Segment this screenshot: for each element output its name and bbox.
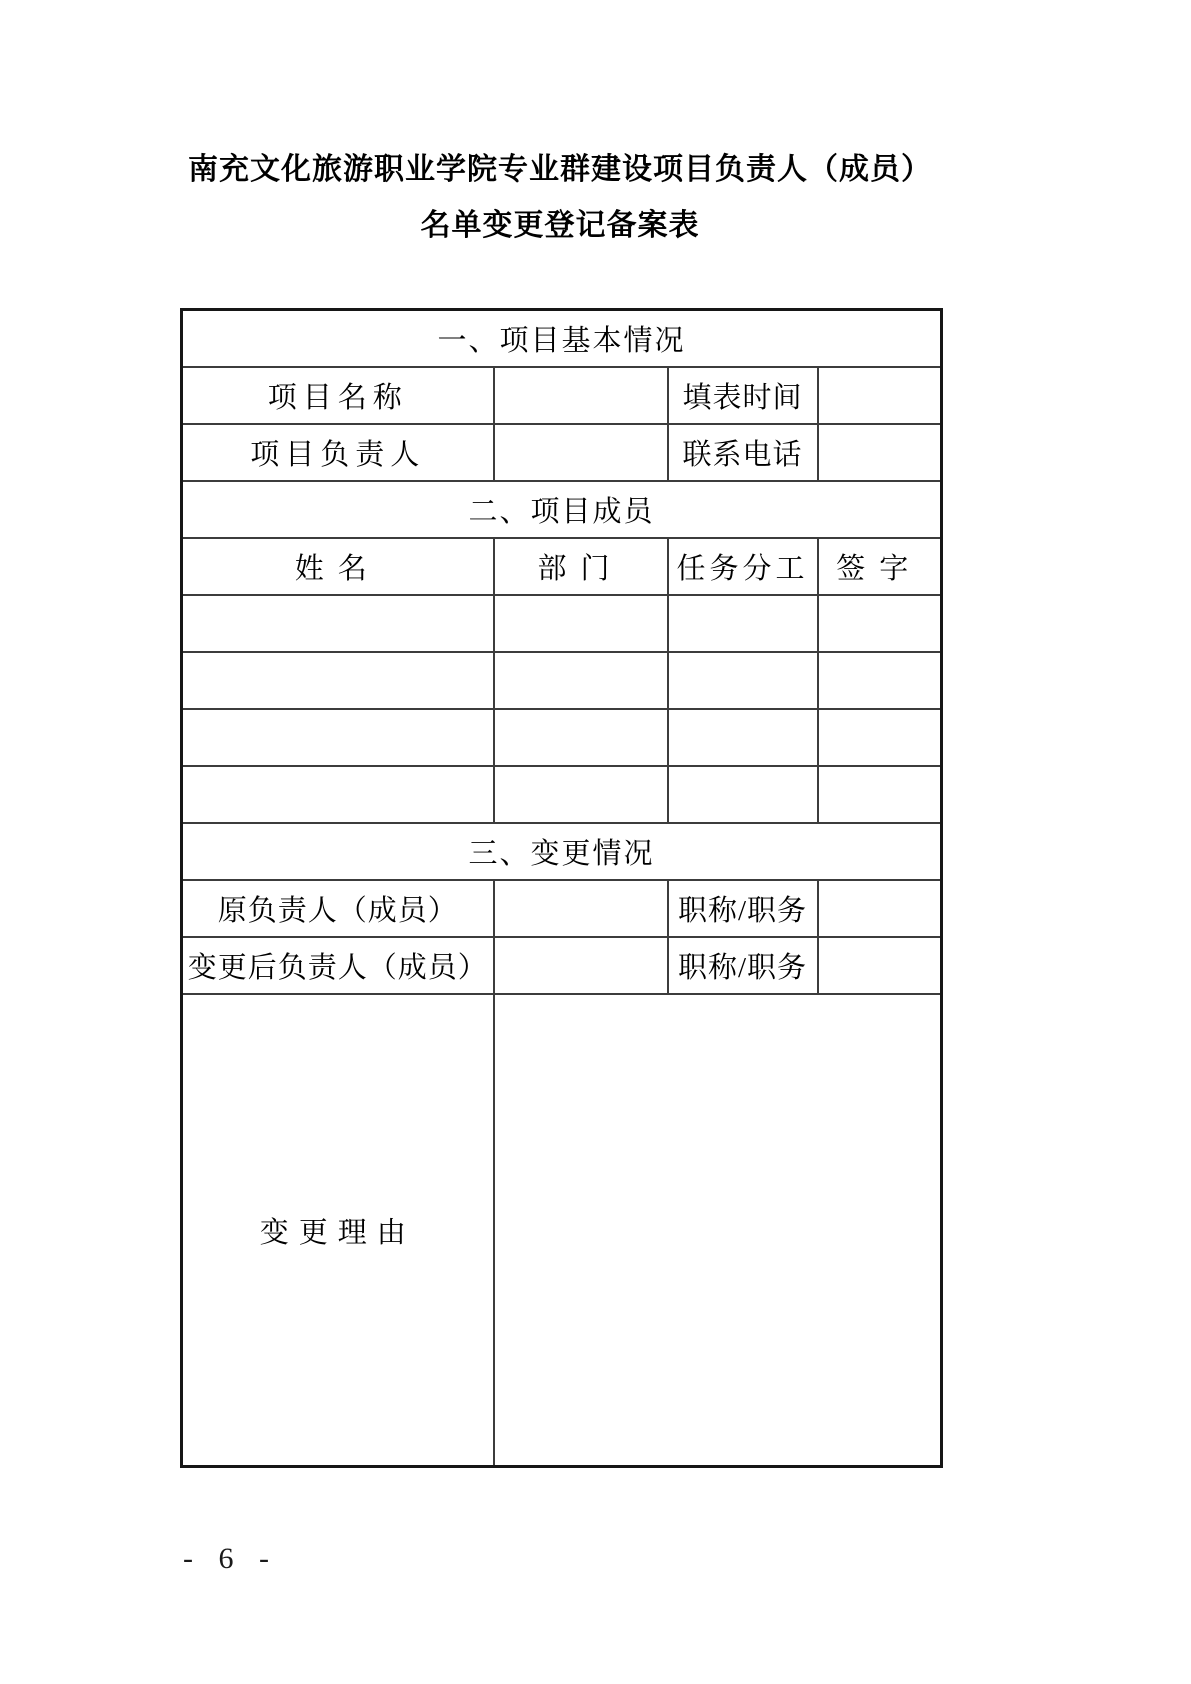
- new-leader-title-value: [818, 937, 942, 994]
- original-leader-row: 原负责人（成员） 职称/职务: [182, 880, 942, 937]
- project-name-row: 项目名称 填表时间: [182, 367, 942, 424]
- registration-form-table: 一、项目基本情况 项目名称 填表时间 项目负责人 联系电话 二、项目成员: [180, 308, 943, 1468]
- title-line-1: 南充文化旅游职业学院专业群建设项目负责人（成员）: [180, 142, 940, 198]
- member-signature-cell: [818, 595, 942, 652]
- member-col-name: 姓名: [182, 538, 494, 595]
- member-col-department: 部门: [494, 538, 668, 595]
- project-name-value: [494, 367, 668, 424]
- member-col-task: 任务分工: [668, 538, 818, 595]
- project-name-label: 项目名称: [182, 367, 494, 424]
- original-leader-value: [494, 880, 668, 937]
- member-signature-cell: [818, 766, 942, 823]
- section2-heading-row: 二、项目成员: [182, 481, 942, 538]
- change-reason-row: 变更理由: [182, 994, 942, 1467]
- new-leader-label: 变更后负责人（成员）: [182, 937, 494, 994]
- section1-heading-row: 一、项目基本情况: [182, 310, 942, 368]
- project-leader-label: 项目负责人: [182, 424, 494, 481]
- project-leader-value: [494, 424, 668, 481]
- original-leader-title-label: 职称/职务: [668, 880, 818, 937]
- member-name-cell: [182, 766, 494, 823]
- member-name-cell: [182, 595, 494, 652]
- section1-heading: 一、项目基本情况: [182, 310, 942, 368]
- member-department-cell: [494, 595, 668, 652]
- member-department-cell: [494, 709, 668, 766]
- fill-date-value: [818, 367, 942, 424]
- member-row-4: [182, 766, 942, 823]
- member-task-cell: [668, 595, 818, 652]
- document-title: 南充文化旅游职业学院专业群建设项目负责人（成员） 名单变更登记备案表: [180, 142, 940, 254]
- member-task-cell: [668, 766, 818, 823]
- contact-phone-value: [818, 424, 942, 481]
- new-leader-value: [494, 937, 668, 994]
- section3-heading: 三、变更情况: [182, 823, 942, 880]
- member-task-cell: [668, 652, 818, 709]
- member-signature-cell: [818, 652, 942, 709]
- page-number: - 6 -: [183, 1542, 278, 1576]
- member-col-signature: 签字: [818, 538, 942, 595]
- project-leader-row: 项目负责人 联系电话: [182, 424, 942, 481]
- member-department-cell: [494, 766, 668, 823]
- change-reason-label: 变更理由: [182, 994, 494, 1467]
- document-page: 南充文化旅游职业学院专业群建设项目负责人（成员） 名单变更登记备案表 一、项目基…: [0, 0, 1191, 1684]
- member-name-cell: [182, 652, 494, 709]
- member-task-cell: [668, 709, 818, 766]
- title-line-2: 名单变更登记备案表: [180, 198, 940, 254]
- member-row-3: [182, 709, 942, 766]
- member-signature-cell: [818, 709, 942, 766]
- section3-heading-row: 三、变更情况: [182, 823, 942, 880]
- change-reason-value: [494, 994, 942, 1467]
- member-name-cell: [182, 709, 494, 766]
- member-header-row: 姓名 部门 任务分工 签字: [182, 538, 942, 595]
- original-leader-label: 原负责人（成员）: [182, 880, 494, 937]
- new-leader-title-label: 职称/职务: [668, 937, 818, 994]
- member-row-1: [182, 595, 942, 652]
- section2-heading: 二、项目成员: [182, 481, 942, 538]
- original-leader-title-value: [818, 880, 942, 937]
- fill-date-label: 填表时间: [668, 367, 818, 424]
- member-department-cell: [494, 652, 668, 709]
- member-row-2: [182, 652, 942, 709]
- new-leader-row: 变更后负责人（成员） 职称/职务: [182, 937, 942, 994]
- contact-phone-label: 联系电话: [668, 424, 818, 481]
